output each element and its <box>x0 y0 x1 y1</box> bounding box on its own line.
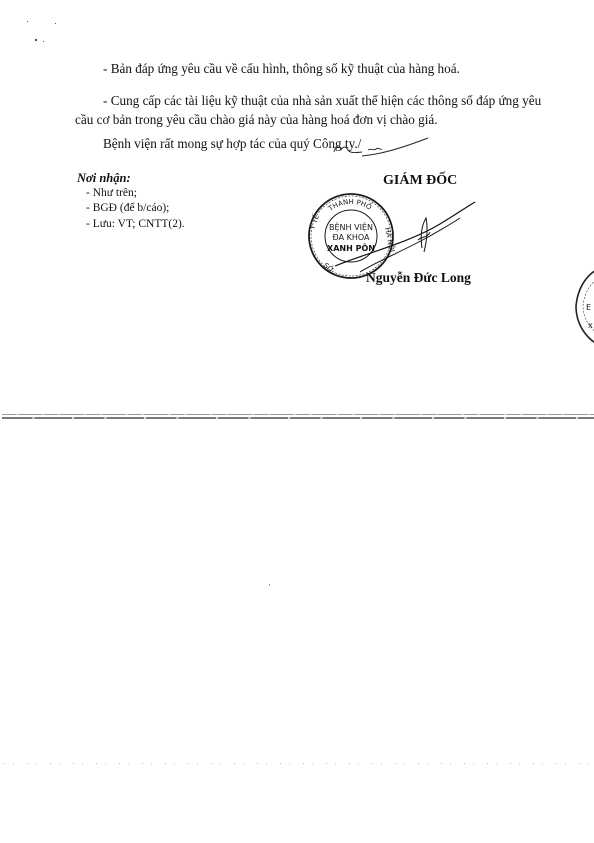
director-name: Nguyễn Đức Long <box>366 270 471 286</box>
recipient-item: - Như trên; <box>86 187 137 199</box>
recipient-item: - Lưu: VT; CNTT(2). <box>86 218 185 230</box>
page-separator-line <box>2 417 594 419</box>
director-signature <box>330 180 480 280</box>
faint-dotted-line <box>4 763 592 764</box>
scan-speck <box>27 21 28 22</box>
scan-speck <box>43 41 44 42</box>
requirement-paragraph-2: - Cung cấp các tài liệu kỹ thuật của nhà… <box>103 93 541 109</box>
closing-paragraph: Bệnh viện rất mong sự hợp tác của quý Cô… <box>103 136 361 152</box>
page-separator-line <box>2 414 594 415</box>
partial-stamp-edge: E X <box>568 262 594 352</box>
recipients-title: Nơi nhận: <box>77 171 131 186</box>
initials-scribble <box>332 136 432 160</box>
scan-speck <box>35 39 37 41</box>
svg-text:Y TẾ: Y TẾ <box>306 212 321 231</box>
scan-speck <box>269 584 270 586</box>
recipient-item: - BGĐ (để b/cáo); <box>86 202 169 214</box>
requirement-paragraph-1: - Bản đáp ứng yêu cầu về cấu hình, thông… <box>103 61 460 77</box>
svg-text:E: E <box>586 303 591 312</box>
svg-text:X: X <box>588 322 593 330</box>
scan-speck <box>55 23 56 24</box>
requirement-paragraph-2-continued: cầu cơ bản trong yêu cầu chào giá này củ… <box>75 112 438 128</box>
